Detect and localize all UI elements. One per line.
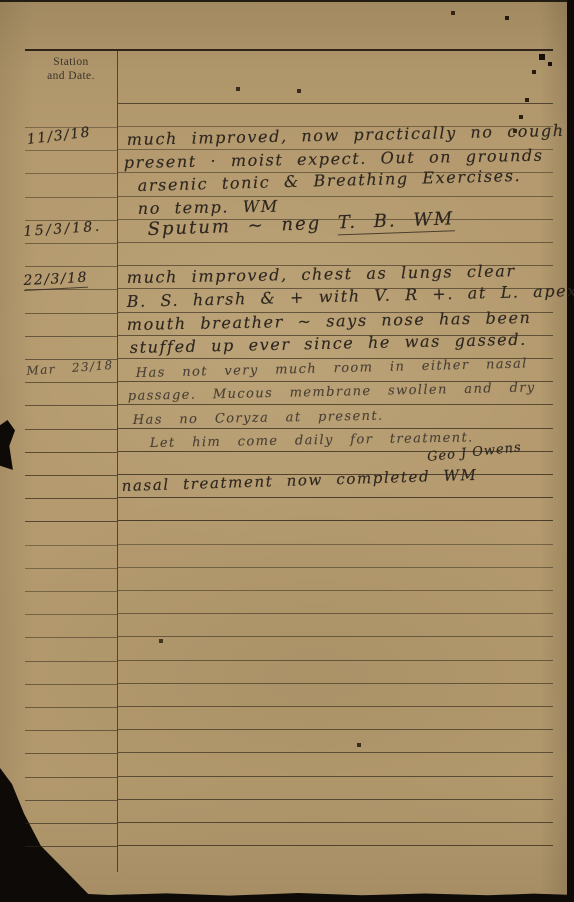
ruled-line: [25, 591, 117, 592]
ruled-line: [25, 243, 117, 244]
ruled-line: [118, 613, 553, 614]
case-sheet-page: Station and Date. 11/3/18 much improved,…: [0, 0, 574, 902]
entry-3-date-text: 22/3/18: [23, 270, 88, 291]
ruled-line: [25, 197, 117, 198]
ruled-line: [25, 498, 117, 499]
entry-3-date: 22/3/18: [23, 270, 88, 289]
ruled-line: [25, 452, 117, 453]
ruled-line: [118, 428, 553, 429]
ruled-line: [25, 800, 117, 801]
ruled-line: [25, 266, 117, 267]
ruled-line: [118, 660, 553, 661]
entry-5-line-1: nasal treatment now completed WM: [121, 466, 477, 495]
ruled-line: [118, 544, 553, 545]
ruled-line: [118, 404, 553, 405]
entry-4-line-3: Has no Coryza at present.: [133, 409, 384, 428]
ruled-line: [118, 706, 553, 707]
ruled-line: [25, 614, 117, 615]
ruled-line: [25, 382, 117, 383]
ruled-line: [25, 637, 117, 638]
ruled-line: [118, 752, 553, 753]
ruled-line: [25, 150, 117, 151]
heading-line-2: and Date.: [25, 70, 117, 84]
entry-4-line-2: passage. Mucous membrane swollen and dry: [128, 380, 536, 404]
ruled-line: [25, 777, 117, 778]
ruled-line: [25, 730, 117, 731]
ruled-line: [118, 776, 553, 777]
ruled-line: [25, 313, 117, 314]
ruled-line: [25, 568, 117, 569]
torn-corner: [0, 768, 120, 902]
scan-right-edge: [567, 0, 574, 902]
ruled-line: [118, 242, 553, 243]
entry-4-line-1: Has not very much room in either nasal: [136, 356, 528, 381]
ruled-line: [118, 567, 553, 568]
ruled-line: [25, 336, 117, 337]
ruled-line: [25, 823, 117, 824]
scan-top-edge: [0, 0, 574, 2]
ruled-line: [25, 429, 117, 430]
entry-2-date: 15/3/18.: [23, 219, 102, 240]
heading-line-1: Station: [25, 56, 117, 70]
ruled-line: [118, 799, 553, 800]
torn-notch: [0, 420, 15, 472]
station-date-heading: Station and Date.: [25, 56, 117, 83]
ink-specks: [0, 0, 2, 2]
ruled-line: [118, 196, 553, 197]
top-rule: [25, 49, 553, 51]
ruled-line: [25, 173, 117, 174]
ruled-line: [118, 497, 553, 498]
ruled-line: [25, 684, 117, 685]
entry-2-text-underlined: T. B. WM: [338, 208, 455, 235]
entry-4-line-4: Let him come daily for treatment.: [150, 430, 474, 451]
ruled-line: [25, 521, 117, 522]
ruled-line: [118, 845, 553, 846]
ruled-line: [118, 822, 553, 823]
ruled-line: [118, 520, 553, 521]
ruled-line: [25, 753, 117, 754]
ruled-line: [25, 545, 117, 546]
ruled-line: [25, 661, 117, 662]
ruled-line: [118, 729, 553, 730]
ruled-line: [118, 683, 553, 684]
entry-3-line-4: stuffed up ever since he was gassed.: [130, 330, 527, 357]
ruled-line: [25, 707, 117, 708]
ruled-line: [25, 475, 117, 476]
ruled-line: [25, 846, 117, 847]
ruled-line: [25, 405, 117, 406]
entry-4-date: Mar 23/18: [26, 358, 114, 378]
ruled-line: [118, 103, 553, 104]
ruled-line: [118, 590, 553, 591]
ruled-line: [118, 636, 553, 637]
